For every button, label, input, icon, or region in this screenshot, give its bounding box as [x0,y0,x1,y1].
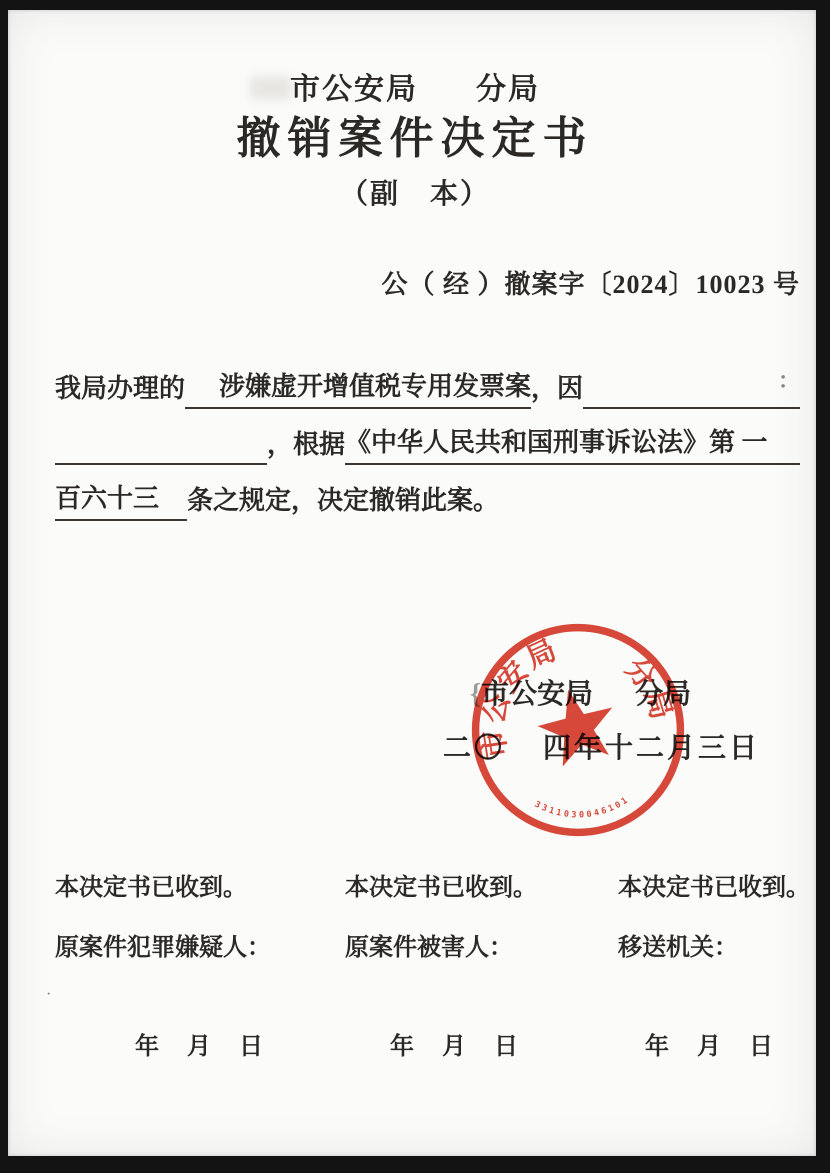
scanned-document: 市公安局分局 撤销案件决定书 （副 本） 公（ 经 ）撤案字〔2024〕1002… [0,0,830,1173]
acknowledgement-text: 本决定书已收到。 [618,872,830,905]
blank-field [185,368,219,409]
stray-dot-artifact: · [46,986,51,1004]
date-placeholder: 年 月 日 [645,1026,775,1061]
body-because: ，因 [531,368,583,409]
receipt-column-suspect: 本决定书已收到。 原案件犯罪嫌疑人： [55,872,320,965]
receipt-column-victim: 本决定书已收到。 原案件被害人： [345,872,610,965]
document-title: 撤销案件决定书 [0,102,830,166]
body-line-3: 百六十三 条之规定，决定撤销此案。 [55,478,800,521]
receipt-column-transfer-organ: 本决定书已收到。 移送机关： [618,872,830,965]
seal-serial-number: 3311030046101 [532,790,633,826]
svg-text:3311030046101: 3311030046101 [532,790,633,826]
stray-colon-mark: ： [778,360,800,401]
date-placeholder: 年 月 日 [135,1026,265,1061]
reason-blank-field: ： [583,368,800,409]
body-closing: 条之规定，决定撤销此案。 [187,480,499,521]
article-number-part1: 一 [742,422,774,463]
case-number: 公（ 经 ）撤案字〔2024〕10023 号 [381,264,800,301]
body-line-1: 我局办理的 涉嫌虚开增值税专用发票案 ，因 ： [55,366,800,409]
seal-star-icon [531,680,623,770]
article-number-part2: 百六十三 [55,478,187,521]
blank-field [55,424,267,465]
signer-label: 原案件被害人： [345,932,610,965]
body-line2-lead: ，根据 [267,424,345,465]
date-placeholder: 年 月 日 [390,1026,520,1061]
law-citation-field: 《中华人民共和国刑事诉讼法》第 一 [345,422,800,465]
signer-label: 原案件犯罪嫌疑人： [55,932,320,965]
signer-label: 移送机关： [618,932,830,965]
official-red-seal: 市公安局 分局 3311030046101 [455,607,701,853]
case-name: 涉嫌虚开增值税专用发票案 [219,366,531,409]
acknowledgement-text: 本决定书已收到。 [345,872,610,905]
body-opening: 我局办理的 [55,368,185,409]
acknowledgement-text: 本决定书已收到。 [55,872,320,905]
law-title-and-article: 《中华人民共和国刑事诉讼法》第 [345,422,735,463]
copy-label: （副 本） [0,172,830,212]
body-line-2: ，根据 《中华人民共和国刑事诉讼法》第 一 [55,422,800,465]
decision-body: 我局办理的 涉嫌虚开增值税专用发票案 ，因 ： ，根据 《中华人民共和国刑事诉讼… [55,366,800,534]
